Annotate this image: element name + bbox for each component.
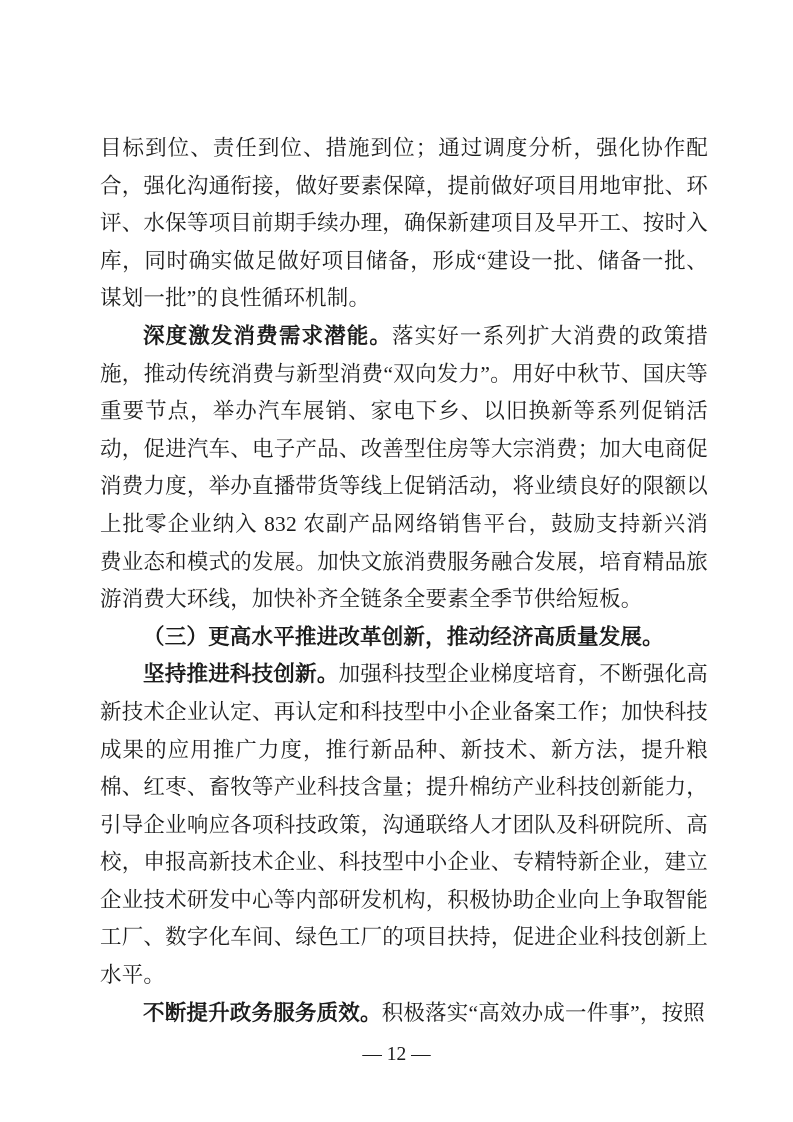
document-page: 目标到位、责任到位、措施到位；通过调度分析，强化协作配合，强化沟通衔接，做好要素… (0, 0, 793, 1122)
document-body: 目标到位、责任到位、措施到位；通过调度分析，强化协作配合，强化沟通衔接，做好要素… (100, 130, 708, 1032)
section-heading: （三）更高水平推进改革创新，推动经济高质量发展。 (100, 619, 708, 657)
paragraph-lead: 不断提升政务服务质效。 (143, 1001, 382, 1025)
paragraph-text: 积极落实“高效办成一件事”，按照 (382, 1001, 705, 1025)
section-heading-text: （三）更高水平推进改革创新，推动经济高质量发展。 (143, 625, 664, 649)
paragraph-lead: 坚持推进科技创新。 (143, 662, 339, 686)
paragraph-text: 落实好一系列扩大消费的政策措施，推动传统消费与新型消费“双向发力”。用好中秋节、… (100, 324, 708, 611)
paragraph-text: 加强科技型企业梯度培育，不断强化高新技术企业认定、再认定和科技型中小企业备案工作… (100, 662, 708, 987)
paragraph: 不断提升政务服务质效。积极落实“高效办成一件事”，按照 (100, 995, 708, 1033)
paragraph: 坚持推进科技创新。加强科技型企业梯度培育，不断强化高新技术企业认定、再认定和科技… (100, 656, 708, 994)
paragraph: 深度激发消费需求潜能。落实好一系列扩大消费的政策措施，推动传统消费与新型消费“双… (100, 318, 708, 619)
page-footer: — 12 — (0, 1040, 793, 1070)
paragraph-lead: 深度激发消费需求潜能。 (143, 324, 392, 348)
paragraph: 目标到位、责任到位、措施到位；通过调度分析，强化协作配合，强化沟通衔接，做好要素… (100, 130, 708, 318)
page-number: — 12 — (362, 1044, 430, 1065)
paragraph-text: 目标到位、责任到位、措施到位；通过调度分析，强化协作配合，强化沟通衔接，做好要素… (100, 136, 708, 310)
